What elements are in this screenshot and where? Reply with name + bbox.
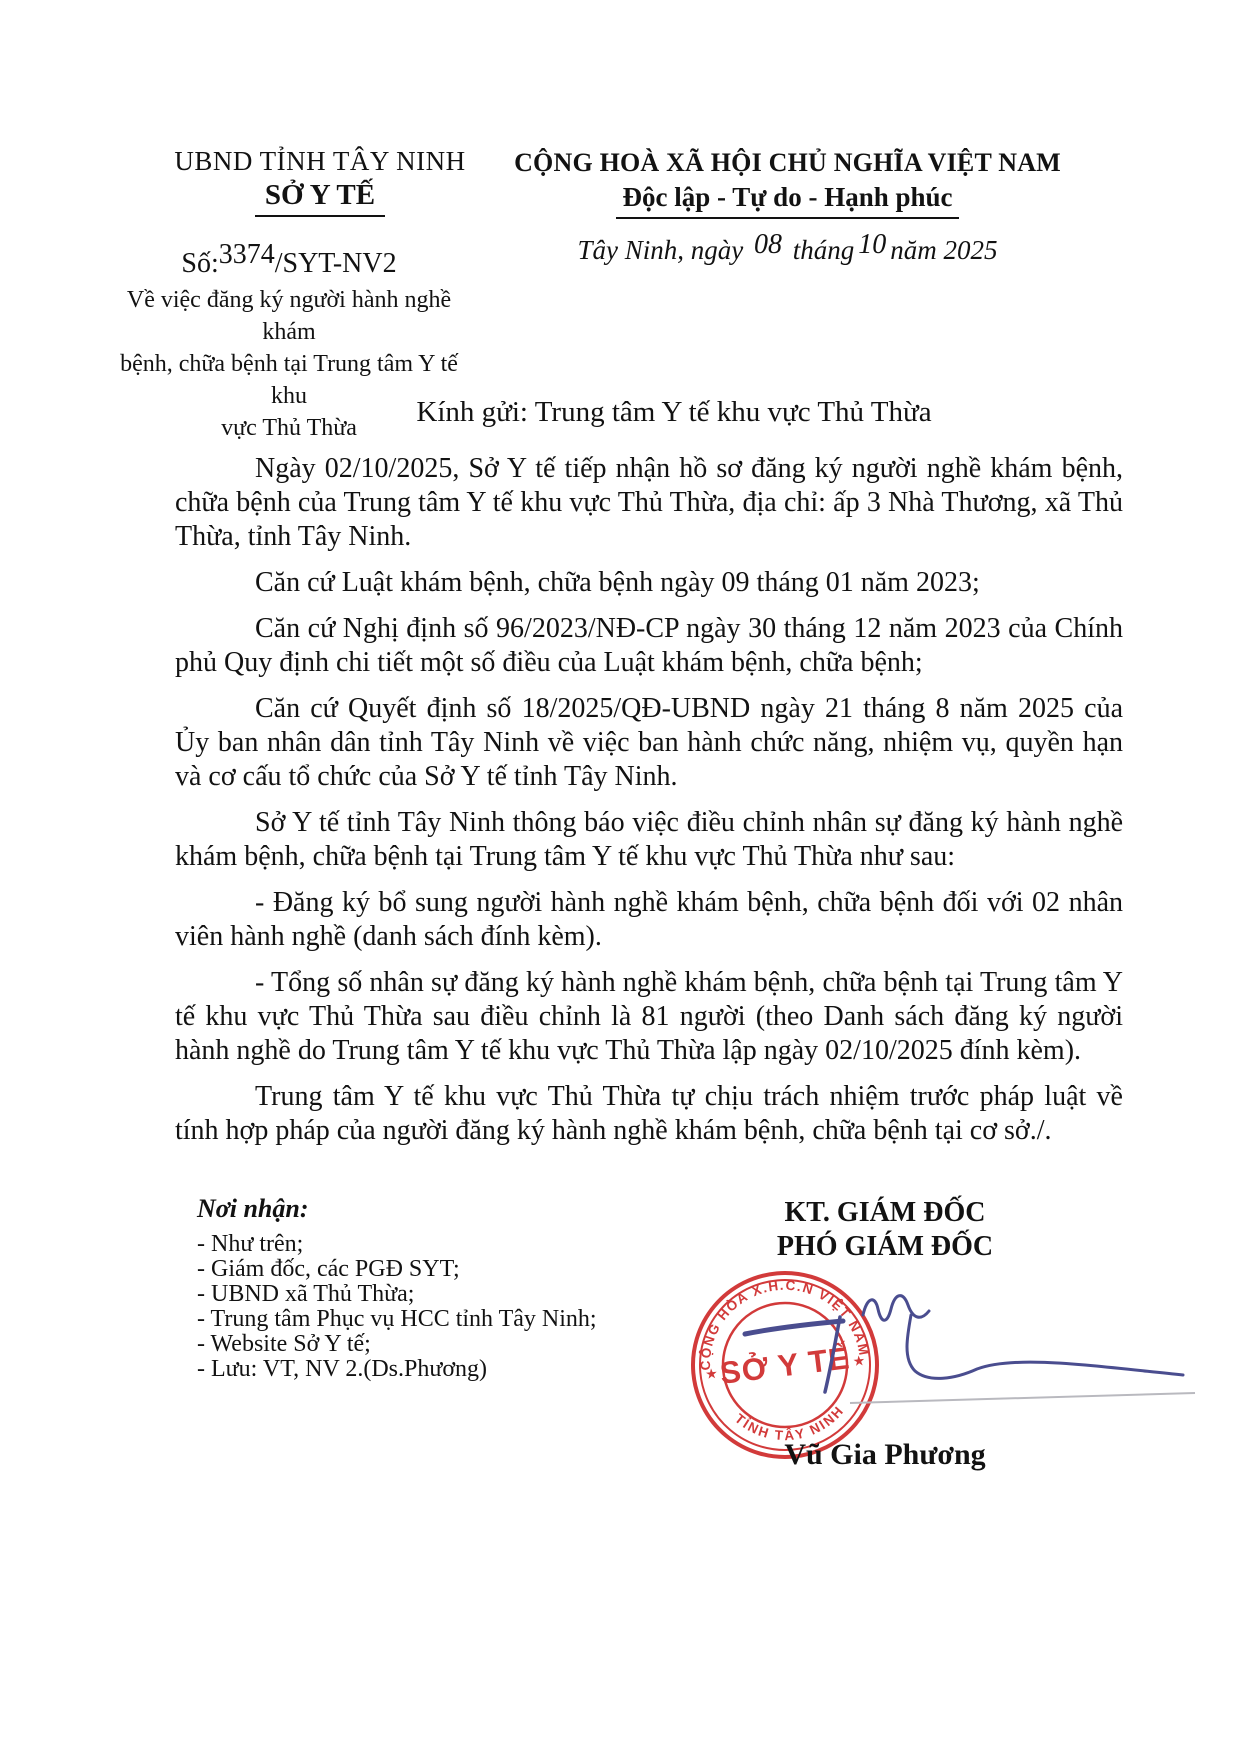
date-day: 08 [750, 229, 786, 261]
recipient-item: - Lưu: VT, NV 2.(Ds.Phương) [197, 1357, 627, 1382]
signature-stroke [863, 1296, 929, 1321]
recipient-item: - UBND xã Thủ Thừa; [197, 1282, 627, 1307]
paragraph: Căn cứ Nghị định số 96/2023/NĐ-CP ngày 3… [175, 612, 1123, 680]
signature-stroke [825, 1317, 840, 1392]
recipient-item: - Website Sở Y tế; [197, 1332, 627, 1357]
paragraph: Căn cứ Quyết định số 18/2025/QĐ-UBND ngà… [175, 692, 1123, 794]
national-motto: Độc lập - Tự do - Hạnh phúc [505, 182, 1070, 219]
paragraph: - Đăng ký bổ sung người hành nghề khám b… [175, 886, 1123, 954]
doc-number-suffix: /SYT-NV2 [275, 248, 397, 279]
recipient-item: - Giám đốc, các PGĐ SYT; [197, 1257, 627, 1282]
paragraph: Trung tâm Y tế khu vực Thủ Thừa tự chịu … [175, 1080, 1123, 1148]
scan-fold-line [850, 1393, 1195, 1403]
paragraph: Sở Y tế tỉnh Tây Ninh thông báo việc điề… [175, 806, 1123, 874]
org-parent: UBND TỈNH TÂY NINH [135, 146, 505, 177]
signature-stroke [745, 1321, 843, 1334]
paragraph: - Tổng số nhân sự đăng ký hành nghề khám… [175, 966, 1123, 1068]
doc-number: Số:3374/SYT-NV2 [100, 248, 478, 280]
recipients-label: Nơi nhận: [197, 1194, 627, 1224]
header-right: CỘNG HOÀ XÃ HỘI CHỦ NGHĨA VIỆT NAM Độc l… [505, 148, 1070, 267]
paragraph: Ngày 02/10/2025, Sở Y tế tiếp nhận hồ sơ… [175, 452, 1123, 554]
org-name: SỞ Y TẾ [135, 179, 505, 217]
recipient-item: - Như trên; [197, 1232, 627, 1257]
document-page: UBND TỈNH TÂY NINH SỞ Y TẾ Số:3374/SYT-N… [0, 0, 1241, 1755]
signature-title-deputy: PHÓ GIÁM ĐỐC [690, 1230, 1080, 1264]
recipients-block: Nơi nhận: - Như trên; - Giám đốc, các PG… [197, 1194, 627, 1382]
document-body: Ngày 02/10/2025, Sở Y tế tiếp nhận hồ sơ… [175, 452, 1123, 1160]
header-left: UBND TỈNH TÂY NINH SỞ Y TẾ [135, 146, 505, 217]
signature-ink [715, 1285, 1215, 1425]
salutation: Kính gửi: Trung tâm Y tế khu vực Thủ Thừ… [200, 396, 1148, 429]
recipient-item: - Trung tâm Phục vụ HCC tỉnh Tây Ninh; [197, 1307, 627, 1332]
date-line: Tây Ninh, ngày 08 tháng10năm 2025 [505, 235, 1070, 267]
paragraph: Căn cứ Luật khám bệnh, chữa bệnh ngày 09… [175, 566, 1123, 600]
national-title: CỘNG HOÀ XÃ HỘI CHỦ NGHĨA VIỆT NAM [505, 148, 1070, 178]
signer-name: Vũ Gia Phương [690, 1438, 1080, 1472]
date-month: 10 [854, 229, 890, 261]
doc-number-value: 3374 [219, 239, 275, 271]
signature-titles: KT. GIÁM ĐỐC PHÓ GIÁM ĐỐC [690, 1196, 1080, 1264]
signature-stroke [907, 1315, 1183, 1378]
doc-number-prefix: Số: [181, 248, 218, 279]
doc-subject-line: Về việc đăng ký người hành nghề khám [100, 284, 478, 348]
signature-title-kt: KT. GIÁM ĐỐC [690, 1196, 1080, 1230]
